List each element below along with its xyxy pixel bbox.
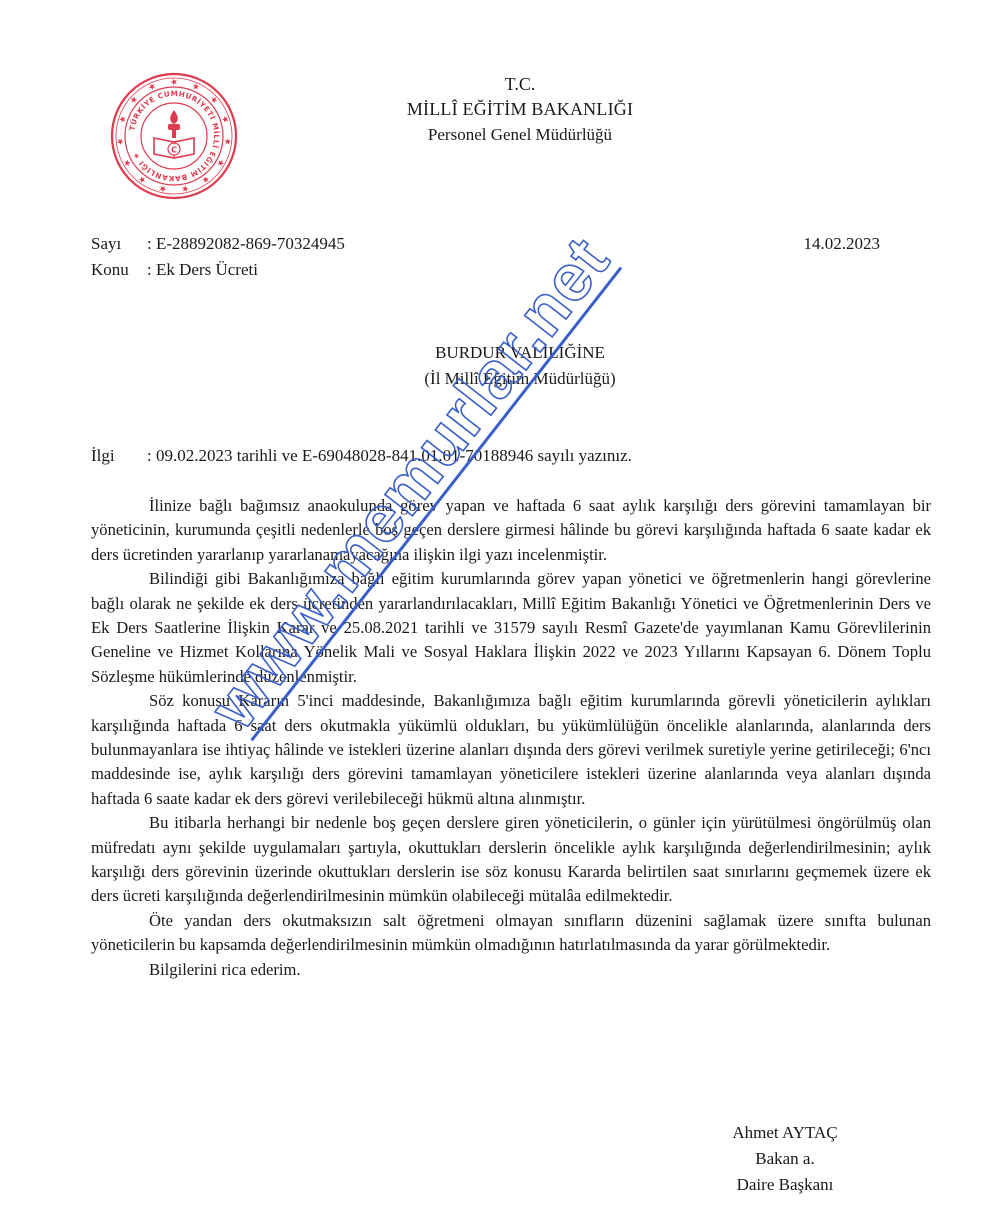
- subject-row: Konu: Ek Ders Ücreti: [91, 258, 258, 282]
- related-reference-value: : 09.02.2023 tarihli ve E-69048028-841.0…: [147, 446, 632, 465]
- signatory-title-1: Bakan a.: [690, 1146, 880, 1172]
- subject-label: Konu: [91, 258, 147, 282]
- ministry-seal-icon: TÜRKİYE CUMHURİYETİ MİLLÎ EĞİTİM BAKANLI…: [104, 66, 244, 206]
- letter-body: İlinize bağlı bağımsız anaokulunda görev…: [91, 494, 931, 983]
- addressee-line-1: BURDUR VALİLİĞİNE: [300, 340, 740, 366]
- letterhead: T.C. MİLLÎ EĞİTİM BAKANLIĞI Personel Gen…: [330, 72, 710, 148]
- signatory-title-2: Daire Başkanı: [690, 1172, 880, 1198]
- subject-value: : Ek Ders Ücreti: [147, 260, 258, 279]
- letterhead-state: T.C.: [330, 72, 710, 96]
- related-reference-label: İlgi: [91, 444, 147, 468]
- letterhead-department: Personel Genel Müdürlüğü: [330, 122, 710, 148]
- signature-block: Ahmet AYTAÇ Bakan a. Daire Başkanı: [690, 1120, 880, 1198]
- body-paragraph: İlinize bağlı bağımsız anaokulunda görev…: [91, 494, 931, 567]
- related-reference-row: İlgi: 09.02.2023 tarihli ve E-69048028-8…: [91, 444, 632, 468]
- reference-number-row: Sayı: E-28892082-869-70324945: [91, 232, 345, 256]
- body-paragraph: Bu itibarla herhangi bir nedenle boş geç…: [91, 811, 931, 908]
- addressee-line-2: (İl Millî Eğitim Müdürlüğü): [300, 366, 740, 392]
- closing-paragraph: Bilgilerini rica ederim.: [91, 958, 931, 982]
- official-letter: TÜRKİYE CUMHURİYETİ MİLLÎ EĞİTİM BAKANLI…: [0, 0, 1000, 1206]
- reference-number-label: Sayı: [91, 232, 147, 256]
- body-paragraph: Bilindiği gibi Bakanlığımıza bağlı eğiti…: [91, 567, 931, 688]
- svg-text:C: C: [171, 146, 177, 155]
- signatory-name: Ahmet AYTAÇ: [690, 1120, 880, 1146]
- letter-date: 14.02.2023: [804, 232, 881, 256]
- addressee: BURDUR VALİLİĞİNE (İl Millî Eğitim Müdür…: [300, 340, 740, 392]
- body-paragraph: Öte yandan ders okutmaksızın salt öğretm…: [91, 909, 931, 958]
- reference-number-value: : E-28892082-869-70324945: [147, 234, 345, 253]
- body-paragraph: Söz konusu Kararın 5'inci maddesinde, Ba…: [91, 689, 931, 810]
- letterhead-ministry: MİLLÎ EĞİTİM BAKANLIĞI: [330, 96, 710, 122]
